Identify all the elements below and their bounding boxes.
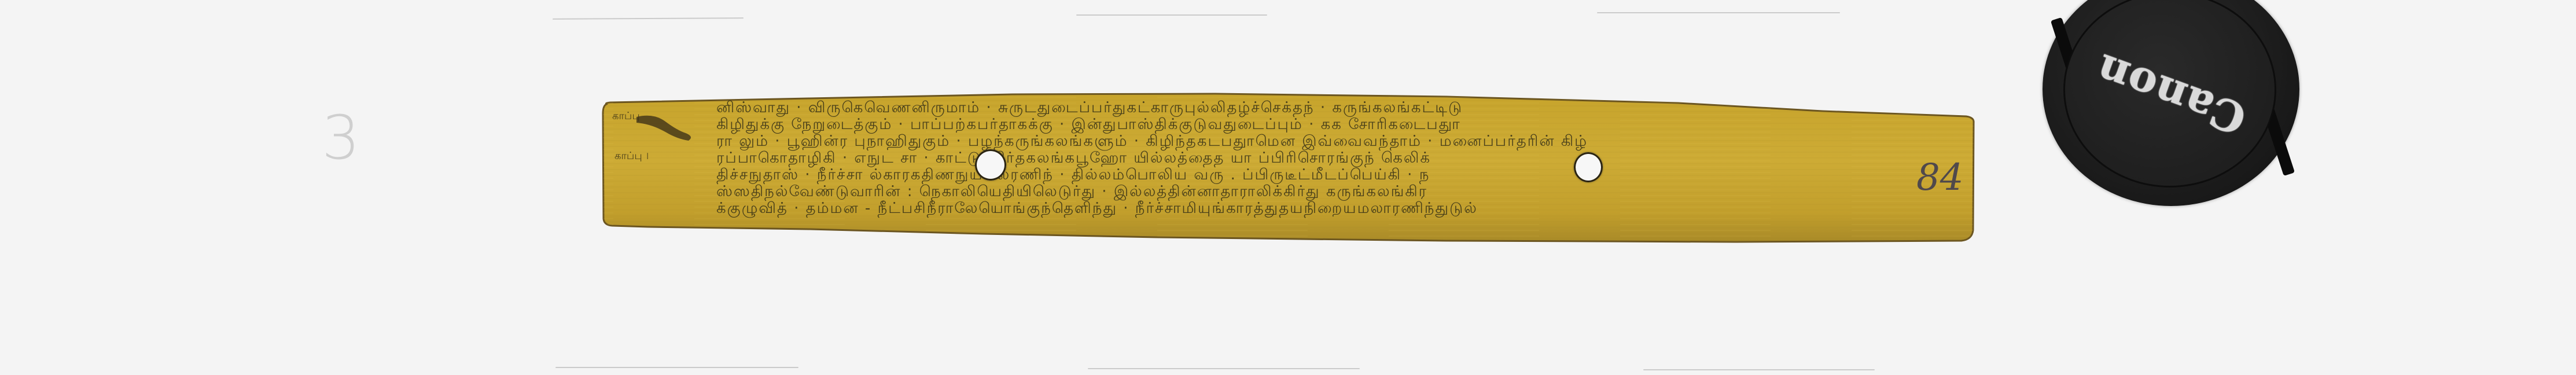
manuscript-line: கிழிதுக்கு நேறுடைத்கும் · பாப்பற்கபர்தாக…	[716, 116, 1949, 133]
binding-hole	[1574, 152, 1603, 182]
manuscript-line: க்குழுவித் · தம்மன - நீட்பசிநீராலேயொங்கு…	[716, 200, 1949, 217]
folio-number: 84	[1916, 156, 1963, 199]
manuscript-line: ரா லும் · பூஹின்ர புநாஹிதுகும் · பழந்கரு…	[716, 133, 1949, 150]
manuscript-line: ரப்பாகொதாழிகி · எநுட சா · காட்டுக்கிர்தக…	[716, 150, 1949, 167]
binding-hole	[975, 149, 1006, 181]
manuscript-line: னிஸ்வாது · விருகெவெணனிருமாம் · சுருடதுடை…	[716, 100, 1949, 116]
manuscript-line: ஸ்ஸதிநல்வேண்டுவாரின் : நெகாலியெதியிலெடுர…	[716, 183, 1949, 200]
photo-scene: 3 காப்பு காப்பு । னிஸ்வாது · விருகெவெணனி…	[0, 0, 2576, 375]
manuscript-text: னிஸ்வாது · விருகெவெணனிருமாம் · சுருடதுடை…	[716, 100, 1949, 236]
margin-note: காப்பு	[612, 110, 640, 123]
margin-note: காப்பு ।	[614, 150, 649, 163]
manuscript-line: திச்சநுதாஸ் · நீர்ச்சா ல்காரகதிணநுயமலரணி…	[716, 167, 1949, 183]
